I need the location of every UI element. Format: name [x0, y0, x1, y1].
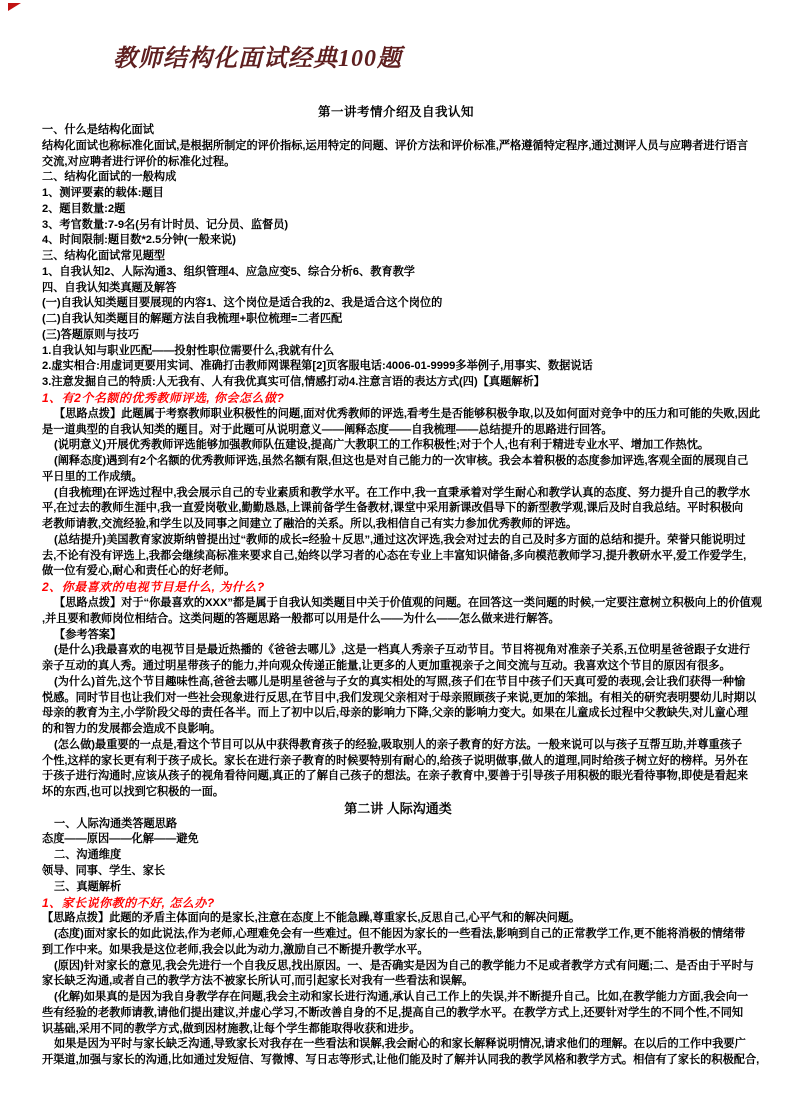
- question-line: 2、你最喜欢的电视节目是什么, 为什么?: [42, 580, 754, 596]
- text-line: 个性,这样的家长更有利于孩子成长。家长在进行亲子教育的时候要特别有耐心的,给孩子…: [42, 754, 754, 770]
- text-line: 4、时间限制:题目数*2.5分钟(一般来说): [42, 233, 754, 249]
- text-line: (说明意义)开展优秀教师评选能够加强教师队伍建设,提高广大教职工的工作积极性;对…: [42, 438, 754, 454]
- text-line: 四、自我认知类真题及解答: [42, 281, 754, 297]
- text-line: 交流,对应聘者进行评价的标准化过程。: [42, 155, 754, 171]
- document-title: 教师结构化面试经典100题: [113, 38, 402, 73]
- text-line: 平日里的工作成绩。: [42, 470, 754, 486]
- text-line: 家长缺乏沟通,或者自己的教学方法不被家长所认可,而引起家长对我有一些看法和误解。: [42, 974, 754, 990]
- text-line: 的和智力的发展都会造成不良影响。: [42, 722, 754, 738]
- text-line: (总结提升)美国教育家波斯纳曾提出过“教师的成长=经验＋反思”,通过这次评选,我…: [42, 533, 754, 549]
- text-line: 【思路点拨】此题属于考察教师职业积极性的问题,面对优秀教师的评选,看考生是否能够…: [42, 407, 754, 423]
- text-line: 些有经验的老教师请教,请他们提出建议,并虚心学习,不断改善自身的不足,提高自己的…: [42, 1006, 754, 1022]
- text-line: 一、什么是结构化面试: [42, 123, 754, 139]
- text-line: ,并且要和教师岗位相结合。这类问题的答题思路一般都可以用是什么——为什么——怎么…: [42, 612, 754, 628]
- text-line: 是一道典型的自我认知类的题目。对于此题可从说明意义——阐释态度——自我梳理——总…: [42, 423, 754, 439]
- text-line: (阐释态度)遇到有2个名额的优秀教师评选,虽然名额有限,但这也是对自己能力的一次…: [42, 454, 754, 470]
- text-line: 二、沟通维度: [42, 848, 754, 864]
- text-line: 领导、同事、学生、家长: [42, 864, 754, 880]
- text-line: 老教师请教,交流经验,和学生以及同事之间建立了融洽的关系。所以,我相信自己有实力…: [42, 517, 754, 533]
- text-line: (一)自我认知类题目要展现的内容1、这个岗位是适合我的2、我是适合这个岗位的: [42, 296, 754, 312]
- text-line: 一、人际沟通类答题思路: [42, 817, 754, 833]
- text-line: (怎么做)最重要的一点是,看这个节目可以从中获得教育孩子的经验,吸取别人的亲子教…: [42, 738, 754, 754]
- text-line: 识基础,采用不同的教学方式,做到因材施教,让每个学生都能取得收获和进步。: [42, 1022, 754, 1038]
- text-line: 【思路点拨】此题的矛盾主体面向的是家长,注意在态度上不能急躁,尊重家长,反思自己…: [42, 911, 754, 927]
- text-line: 3.注意发掘自己的特质:人无我有、人有我优真实可信,情感打动4.注意言语的表达方…: [42, 375, 754, 391]
- text-line: 2.虚实相合:用虚词更要用实词、准确打击教师网课程第[2]页客服电话:4006-…: [42, 359, 754, 375]
- text-line: 开渠道,加强与家长的沟通,比如通过发短信、写微博、写日志等形式,让他们能及时了解…: [42, 1053, 754, 1069]
- text-line: 2、题目数量:2题: [42, 202, 754, 218]
- section-heading-lecture-1: 第一讲考情介绍及自我认知: [0, 102, 792, 120]
- text-line: (是什么)我最喜欢的电视节目是最近热播的《爸爸去哪儿》,这是一档真人秀亲子互动节…: [42, 643, 754, 659]
- text-line: (二)自我认知类题目的解题方法自我梳理+职位梳理=二者匹配: [42, 312, 754, 328]
- document-page: 教师结构化面试经典100题 第一讲考情介绍及自我认知 一、什么是结构化面试结构化…: [0, 0, 792, 1119]
- text-line: (自我梳理)在评选过程中,我会展示自己的专业素质和教学水平。在工作中,我一直秉承…: [42, 486, 754, 502]
- text-line: (化解)如果真的是因为我自身教学存在问题,我会主动和家长进行沟通,承认自己工作上…: [42, 990, 754, 1006]
- question-line: 1、有2个名额的优秀教师评选, 你会怎么做?: [42, 391, 754, 407]
- text-line: 1、自我认知2、人际沟通3、组织管理4、应急应变5、综合分析6、教育教学: [42, 265, 754, 281]
- text-line: 三、结构化面试常见题型: [42, 249, 754, 265]
- text-line: 亲子互动的真人秀。通过明星带孩子的能力,并向观众传递正能量,让更多的人更加重视亲…: [42, 659, 754, 675]
- section-heading-lecture-2: 第二讲 人际沟通类: [42, 801, 754, 817]
- question-line: 1、家长说你教的不好, 怎么办?: [42, 896, 754, 912]
- text-line: 1.自我认知与职业匹配——投射性职位需要什么,我就有什么: [42, 344, 754, 360]
- text-line: (态度)面对家长的如此说法,作为老师,心理难免会有一些难过。但不能因为家长的一些…: [42, 927, 754, 943]
- text-line: 平,在过去的教师生涯中,我一直爱岗敬业,勤勤恳恳,上课前备学生备教材,课堂中采用…: [42, 501, 754, 517]
- text-line: 如果是因为平时与家长缺乏沟通,导致家长对我存在一些看法和误解,我会耐心的和家长解…: [42, 1037, 754, 1053]
- text-line: (三)答题原则与技巧: [42, 328, 754, 344]
- text-line: 三、真题解析: [42, 880, 754, 896]
- page-corner-marker-icon: [8, 3, 21, 11]
- text-line: 态度——原因——化解——避免: [42, 832, 754, 848]
- text-line: (为什么)首先,这个节目趣味性高,爸爸去哪儿是明星爸爸与子女的真实相处的写照,孩…: [42, 675, 754, 691]
- text-line: 坏的东西,也可以找到它积极的一面。: [42, 785, 754, 801]
- text-line: 到工作中来。如果我是这位老师,我会以此为动力,激励自己不断提升教学水平。: [42, 943, 754, 959]
- text-line: 母亲的教育为主,小学阶段父母的责任各半。而上了初中以后,母亲的影响力下降,父亲的…: [42, 706, 754, 722]
- text-line: 【思路点拨】对于“你最喜欢的XXX”都是属于自我认知类题目中关于价值观的问题。在…: [42, 596, 754, 612]
- text-line: 结构化面试也称标准化面试,是根据所制定的评价指标,运用特定的问题、评价方法和评价…: [42, 139, 754, 155]
- document-body: 一、什么是结构化面试结构化面试也称标准化面试,是根据所制定的评价指标,运用特定的…: [42, 123, 754, 1069]
- text-line: (原因)针对家长的意见,我会先进行一个自我反思,找出原因。一、是否确实是因为自己…: [42, 959, 754, 975]
- text-line: 做一位有爱心,耐心和责任心的好老师。: [42, 564, 754, 580]
- text-line: 去,不论有没有评选上,我都会继续高标准来要求自己,始终以学习者的心态在专业上丰富…: [42, 549, 754, 565]
- text-line: 于孩子进行沟通时,应该从孩子的视角看待问题,真正的了解自己孩子的想法。在亲子教育…: [42, 769, 754, 785]
- text-line: 3、考官数量:7-9名(另有计时员、记分员、监督员): [42, 218, 754, 234]
- text-line: 二、结构化面试的一般构成: [42, 170, 754, 186]
- text-line: 【参考答案】: [42, 628, 754, 644]
- text-line: 1、测评要素的载体:题目: [42, 186, 754, 202]
- text-line: 悦感。同时节目也让我们对一些社会现象进行反思,在节目中,我们发现父亲相对于母亲照…: [42, 691, 754, 707]
